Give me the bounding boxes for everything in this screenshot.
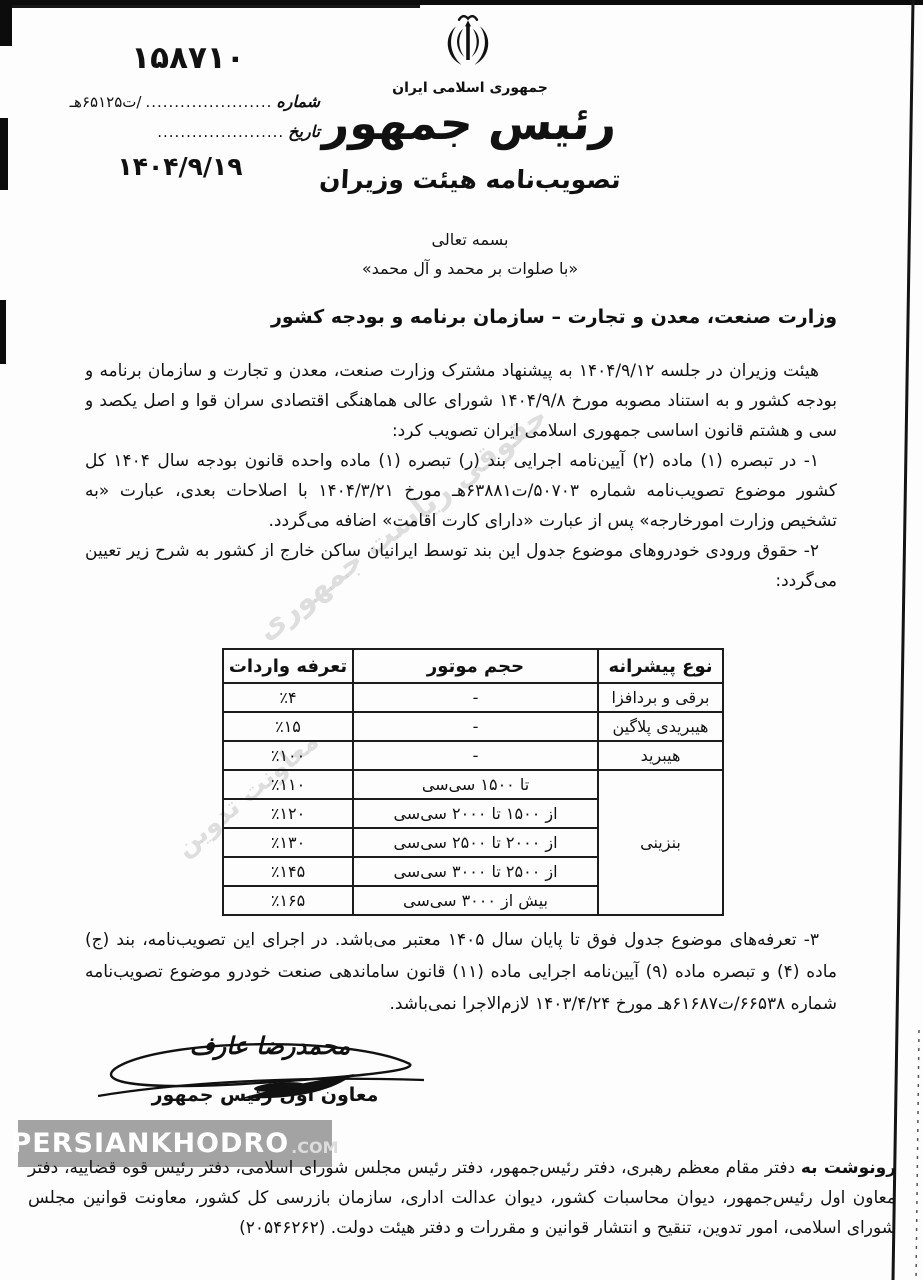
col-header-propulsion-type: نوع پیشرانه bbox=[598, 649, 723, 683]
cell-tariff: ٪۱۵ bbox=[223, 712, 353, 741]
table-row: هیبرید - ٪۱۰۰ bbox=[223, 741, 723, 770]
tariff-table: نوع پیشرانه حجم موتور تعرفه واردات برقی … bbox=[222, 648, 724, 916]
body-item-1: ۱- در تبصره (۱) ماده (۲) آیین‌نامه اجرای… bbox=[85, 446, 837, 536]
cell-type: هیبرید bbox=[598, 741, 723, 770]
cell-engine: - bbox=[353, 741, 598, 770]
number-dots: ...................... bbox=[145, 93, 272, 111]
number-code: /ت۶۵۱۲۵هـ bbox=[70, 93, 142, 111]
body-item-3-wrap: ۳- تعرفه‌های موضوع جدول فوق تا پایان سال… bbox=[85, 924, 837, 1020]
cell-engine: بیش از ۳۰۰۰ سی‌سی bbox=[353, 886, 598, 915]
scan-left-blob-3 bbox=[0, 300, 6, 364]
cell-tariff: ٪۱۰۰ bbox=[223, 741, 353, 770]
date-dots: ...................... bbox=[157, 123, 284, 141]
body-intro: هیئت وزیران در جلسه ۱۴۰۴/۹/۱۲ به پیشنهاد… bbox=[85, 356, 837, 446]
handwritten-date: ۱۴۰۴/۹/۱۹ bbox=[100, 152, 260, 181]
cell-engine: - bbox=[353, 712, 598, 741]
cell-tariff: ٪۱۳۰ bbox=[223, 828, 353, 857]
decree-body: هیئت وزیران در جلسه ۱۴۰۴/۹/۱۲ به پیشنهاد… bbox=[85, 356, 837, 646]
cell-tariff: ٪۱۱۰ bbox=[223, 770, 353, 799]
cell-engine: - bbox=[353, 683, 598, 712]
cell-type: هیبریدی پلاگین bbox=[598, 712, 723, 741]
body-item-3: ۳- تعرفه‌های موضوع جدول فوق تا پایان سال… bbox=[85, 924, 837, 1020]
cell-engine: از ۲۰۰۰ تا ۲۵۰۰ سی‌سی bbox=[353, 828, 598, 857]
country-name: جمهوری اسلامی ایران bbox=[340, 80, 600, 96]
col-header-import-tariff: تعرفه واردات bbox=[223, 649, 353, 683]
table-row: بنزینی تا ۱۵۰۰ سی‌سی ٪۱۱۰ bbox=[223, 770, 723, 799]
office-title: رئیس جمهور bbox=[308, 96, 632, 150]
scanned-decree-page: حقوقی ریاست جمهوری معاونت تدوین جمهوری ا… bbox=[0, 0, 923, 1280]
handwritten-ref-number: ۱۵۸۷۱۰ bbox=[98, 40, 278, 76]
addressee-line: وزارت صنعت، معدن و تجارت – سازمان برنامه… bbox=[85, 306, 837, 328]
date-label: تاریخ bbox=[288, 122, 320, 141]
cell-engine: از ۱۵۰۰ تا ۲۰۰۰ سی‌سی bbox=[353, 799, 598, 828]
scan-left-blob-2 bbox=[0, 118, 8, 190]
cell-engine: از ۲۵۰۰ تا ۳۰۰۰ سی‌سی bbox=[353, 857, 598, 886]
besmele-line: بسمه تعالی bbox=[360, 230, 580, 249]
cell-type: برقی و بردافزا bbox=[598, 683, 723, 712]
body-item-2: ۲- حقوق ورودی خودروهای موضوع جدول این بن… bbox=[85, 536, 837, 596]
distribution-text: دفتر مقام معظم رهبری، دفتر رئیس‌جمهور، د… bbox=[28, 1158, 896, 1238]
scan-left-blob-1 bbox=[0, 0, 12, 46]
cell-engine: تا ۱۵۰۰ سی‌سی bbox=[353, 770, 598, 799]
table-row: هیبریدی پلاگین - ٪۱۵ bbox=[223, 712, 723, 741]
table-row: برقی و بردافزا - ٪۴ bbox=[223, 683, 723, 712]
date-field: تاریخ ...................... bbox=[30, 122, 320, 141]
salawat-line: «با صلوات بر محمد و آل محمد» bbox=[310, 259, 630, 278]
cell-tariff: ٪۱۴۵ bbox=[223, 857, 353, 886]
signer-title: معاون اول رئیس جمهور bbox=[150, 1084, 380, 1106]
table-header-row: نوع پیشرانه حجم موتور تعرفه واردات bbox=[223, 649, 723, 683]
number-field: شماره ...................... /ت۶۵۱۲۵هـ bbox=[30, 92, 320, 111]
iran-coat-of-arms-icon bbox=[438, 12, 498, 78]
scan-top-edge-2 bbox=[0, 5, 420, 8]
cell-tariff: ٪۱۶۵ bbox=[223, 886, 353, 915]
cell-tariff: ٪۴ bbox=[223, 683, 353, 712]
distribution-note: رونوشت به دفتر مقام معظم رهبری، دفتر رئی… bbox=[28, 1153, 896, 1243]
cell-tariff: ٪۱۲۰ bbox=[223, 799, 353, 828]
cell-type-gasoline: بنزینی bbox=[598, 770, 723, 915]
doc-type-title: تصویب‌نامه هیئت وزیران bbox=[279, 165, 661, 194]
col-header-engine-size: حجم موتور bbox=[353, 649, 598, 683]
distribution-lead: رونوشت به bbox=[801, 1158, 896, 1178]
number-label: شماره bbox=[276, 92, 320, 111]
